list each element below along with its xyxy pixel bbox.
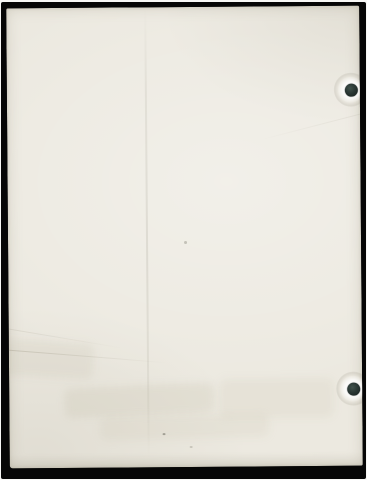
bleedthrough-smudge bbox=[99, 413, 270, 441]
paper-speck bbox=[163, 433, 166, 435]
hole-punch-bottom bbox=[340, 376, 363, 402]
hole-punch-top bbox=[338, 77, 363, 103]
bleedthrough-smudge bbox=[219, 378, 334, 419]
bleedthrough-smudge bbox=[64, 382, 215, 418]
paper-speck bbox=[184, 241, 187, 244]
bleedthrough-smudge bbox=[6, 338, 95, 380]
hole-punch-opening-icon bbox=[347, 382, 360, 395]
paper-wrinkle bbox=[259, 112, 363, 140]
paper-speck bbox=[190, 446, 193, 448]
scanned-document bbox=[0, 0, 367, 480]
hole-punch-opening-icon bbox=[344, 83, 357, 96]
paper-page bbox=[6, 6, 363, 469]
